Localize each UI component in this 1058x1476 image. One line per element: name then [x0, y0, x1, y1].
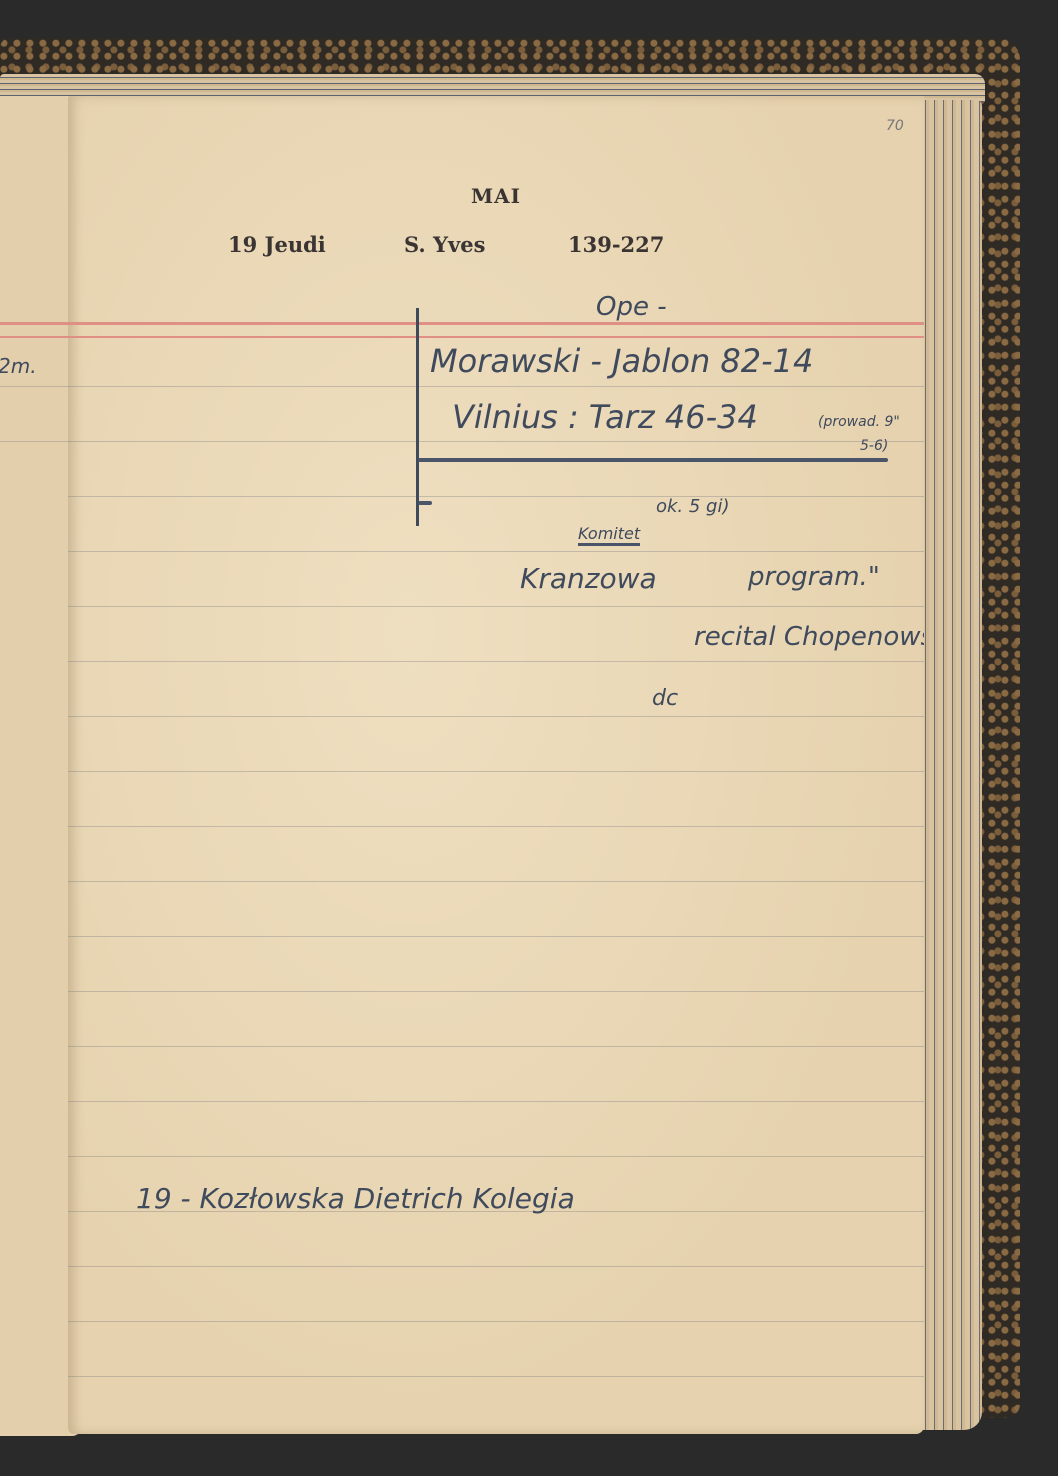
note-line-3-program: program.": [748, 562, 880, 592]
ruled-line: [68, 606, 924, 607]
month-heading: MAI: [68, 184, 924, 208]
ruled-line: [68, 881, 924, 882]
ruled-line: [68, 1101, 924, 1102]
red-rule-line-thin: [68, 336, 924, 338]
ink-underline: [418, 458, 888, 462]
note-ope: Ope -: [596, 292, 667, 322]
page-stack-right-edge: [920, 100, 982, 1430]
day-label: 19 Jeudi: [228, 232, 326, 257]
saint-name: S. Yves: [404, 232, 485, 257]
note-line-4: recital Chopenowski: [694, 622, 924, 652]
note-bottom: 19 - Kozłowska Dietrich Kolegia: [136, 1182, 575, 1215]
ruled-line: [68, 551, 924, 552]
note-line-2-aside-b: 5-6): [860, 438, 888, 454]
note-line-2-aside: (prowad. 9": [818, 414, 900, 430]
ink-bracket-vertical: [416, 308, 419, 526]
ink-tick: [418, 501, 432, 505]
day-count: 139-227: [568, 232, 664, 257]
ruled-line: [68, 441, 924, 442]
ruled-line: [68, 716, 924, 717]
pencil-page-number: 70: [886, 118, 904, 134]
ruled-line: [68, 991, 924, 992]
ruled-line: [68, 1156, 924, 1157]
ruled-line: [68, 1266, 924, 1267]
red-rule-line: [68, 322, 924, 325]
ruled-line: [68, 386, 924, 387]
note-komitet: Komitet: [578, 524, 640, 546]
ruled-line: [68, 1046, 924, 1047]
ruled-line: [68, 1321, 924, 1322]
note-line-2: Vilnius : Tarz 46-34: [452, 398, 758, 436]
ruled-line: [68, 826, 924, 827]
left-page-note: 2m.: [0, 354, 37, 378]
note-sup: ok. 5 gi): [656, 496, 730, 517]
ruled-line: [68, 1376, 924, 1377]
note-line-5: dc: [652, 686, 678, 711]
ruled-line: [68, 661, 924, 662]
ruled-line: [68, 936, 924, 937]
diary-page: MAI 19 Jeudi S. Yves 139-227 70 Ope - Mo…: [68, 96, 924, 1434]
note-line-3: Kranzowa: [520, 562, 657, 595]
ruled-line: [68, 771, 924, 772]
ruled-line: [68, 496, 924, 497]
note-line-1: Morawski - Jablon 82-14: [430, 342, 813, 380]
